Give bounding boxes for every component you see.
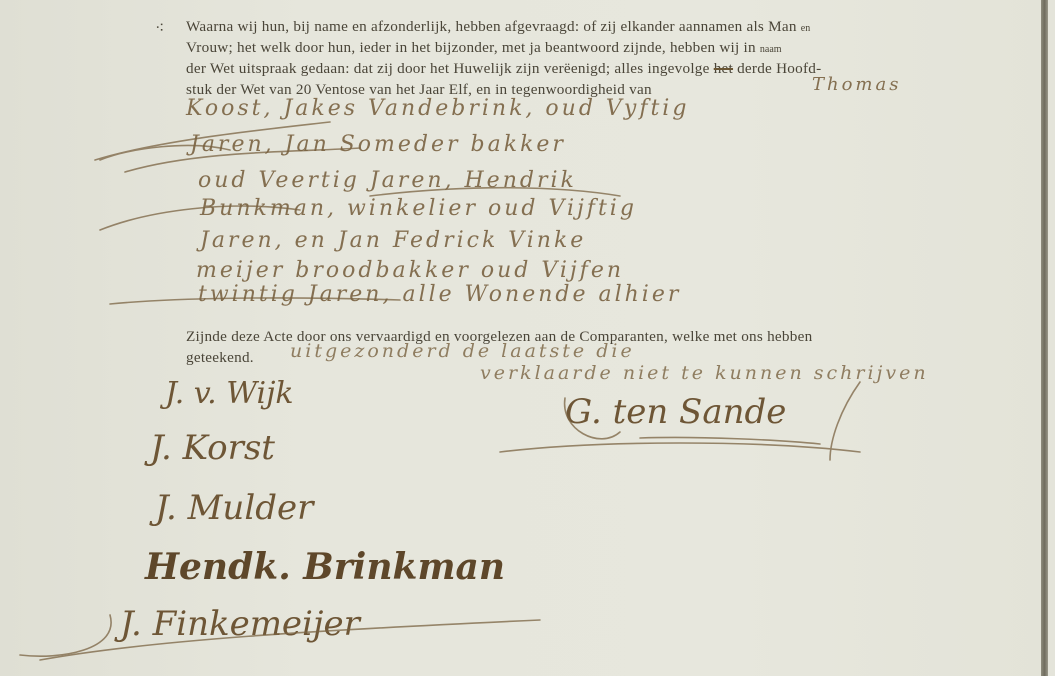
printed-text: derde Hoofd- bbox=[733, 60, 821, 77]
handwritten-line: Thomas bbox=[812, 74, 901, 95]
signature-witness: Hendk. Brinkman bbox=[145, 546, 505, 588]
handwritten-line: twintig Jaren, alle Wonende alhier bbox=[198, 282, 681, 307]
printed-text: Vrouw; het welk door hun, ieder in het b… bbox=[186, 39, 756, 56]
struck-word: het bbox=[714, 60, 733, 77]
printed-small-suffix: naam bbox=[760, 44, 782, 55]
handwritten-note-line: uitgezonderd de laatste die bbox=[290, 340, 635, 362]
handwritten-line: Jaren, en Jan Fedrick Vinke bbox=[200, 228, 586, 253]
printed-text: Waarna wij hun, bij name en afzonderlijk… bbox=[186, 18, 797, 35]
signature-registrar: G. ten Sande bbox=[565, 392, 786, 432]
handwritten-note-line: verklaarde niet te kunnen schrijven bbox=[480, 362, 929, 384]
signature-witness: J. Finkemeijer bbox=[120, 604, 360, 644]
signature-witness: J. v. Wijk bbox=[165, 376, 294, 411]
margin-mark: ⁖ bbox=[155, 18, 164, 38]
printed-text: der Wet uitspraak gedaan: dat zij door h… bbox=[186, 60, 714, 77]
printed-line-2: Vrouw; het welk door hun, ieder in het b… bbox=[186, 37, 821, 58]
document-page: ⁖ Waarna wij hun, bij name en afzonderli… bbox=[0, 0, 1048, 676]
handwritten-line: meijer broodbakker oud Vijfen bbox=[196, 258, 624, 283]
handwritten-line: Jaren, Jan Someder bakker bbox=[190, 132, 566, 157]
printed-paragraph-1: Waarna wij hun, bij name en afzonderlijk… bbox=[186, 16, 821, 100]
printed-text: geteekend. bbox=[186, 349, 254, 366]
signature-witness: J. Korst bbox=[150, 428, 275, 468]
handwritten-line: Koost, Jakes Vandebrink, oud Vyftig bbox=[186, 96, 689, 121]
printed-line-1: Waarna wij hun, bij name en afzonderlijk… bbox=[186, 16, 821, 37]
binding-gutter-shadow bbox=[1041, 0, 1048, 676]
printed-small-suffix: en bbox=[801, 23, 810, 34]
handwritten-line: Bunkman, winkelier oud Vijftig bbox=[200, 196, 637, 221]
printed-line-3: der Wet uitspraak gedaan: dat zij door h… bbox=[186, 58, 821, 79]
signature-witness: J. Mulder bbox=[155, 488, 313, 528]
handwritten-line: oud Veertig Jaren, Hendrik bbox=[198, 168, 577, 193]
